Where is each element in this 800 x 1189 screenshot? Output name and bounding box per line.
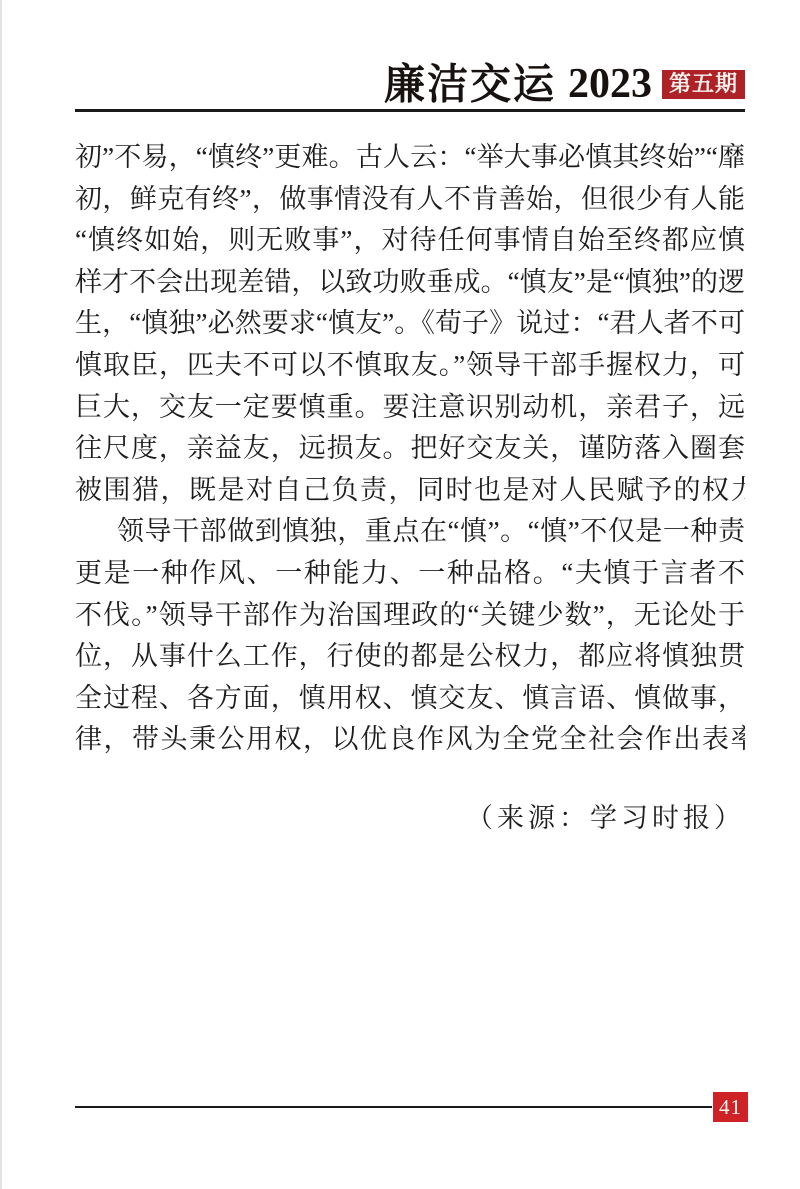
- body-line: 位，从事什么工作，行使的都是公权力，都应将慎独贯穿权力运行的: [75, 636, 745, 678]
- body-line: 巨大，交友一定要慎重。要注意识别动机，亲君子，远小人；把握交: [75, 387, 745, 429]
- body-line: 往尺度，亲益友，远损友。把好交友关，谨防落入圈套被腐蚀被诱惑: [75, 428, 745, 470]
- body-line-paragraph-end: 被围猎，既是对自己负责，同时也是对人民赋予的权力负责。: [75, 470, 745, 512]
- page-number: 41: [719, 1095, 742, 1120]
- source-citation: （来源：学习时报）: [75, 798, 745, 840]
- body-line: 初，鲜克有终”，做事情没有人不肯善始，但很少有人能够善终。: [75, 179, 745, 221]
- body-line: “慎终如始，则无败事”，对待任何事情自始至终都应慎之又慎，这: [75, 220, 745, 262]
- body-line: 全过程、各方面，慎用权、慎交友、慎言语、慎做事，带头廉洁自: [75, 678, 745, 720]
- page-number-badge: 41: [713, 1092, 748, 1122]
- body-line-paragraph-end: 律，带头秉公用权，以优良作风为全党全社会作出表率。: [75, 719, 745, 761]
- body-line: 样才不会出现差错，以致功败垂成。“慎友”是“慎独”的逻辑衍: [75, 262, 745, 304]
- issue-badge: 第五期: [662, 70, 745, 99]
- body-line-paragraph-start: 领导干部做到慎独，重点在“慎”。“慎”不仅是一种责任心，: [75, 511, 745, 553]
- document-page: 廉洁交运 2023 第五期 初”不易，“慎终”更难。古人云：“举大事必慎其终始”…: [0, 0, 800, 1189]
- body-line: 初”不易，“慎终”更难。古人云：“举大事必慎其终始”“靡不有: [75, 137, 745, 179]
- masthead-title: 廉洁交运: [384, 63, 556, 105]
- body-line: 生，“慎独”必然要求“慎友”。《荀子》说过：“君人者不可以不: [75, 303, 745, 345]
- header-rule: [75, 109, 745, 112]
- footer-rule: [75, 1106, 712, 1108]
- page-edge-shadow: [0, 0, 2, 1189]
- body-line: 不伐。”领导干部作为治国理政的“关键少数”，无论处于什么岗: [75, 595, 745, 637]
- body-line: 更是一种作风、一种能力、一种品格。“夫慎于言者不哗，慎于行者: [75, 553, 745, 595]
- article-body: 初”不易，“慎终”更难。古人云：“举大事必慎其终始”“靡不有 初，鲜克有终”，做…: [75, 137, 745, 840]
- masthead: 廉洁交运 2023 第五期: [75, 60, 745, 108]
- masthead-year: 2023: [568, 63, 652, 105]
- body-line: 慎取臣，匹夫不可以不慎取友。”领导干部手握权力，可供支配资源: [75, 345, 745, 387]
